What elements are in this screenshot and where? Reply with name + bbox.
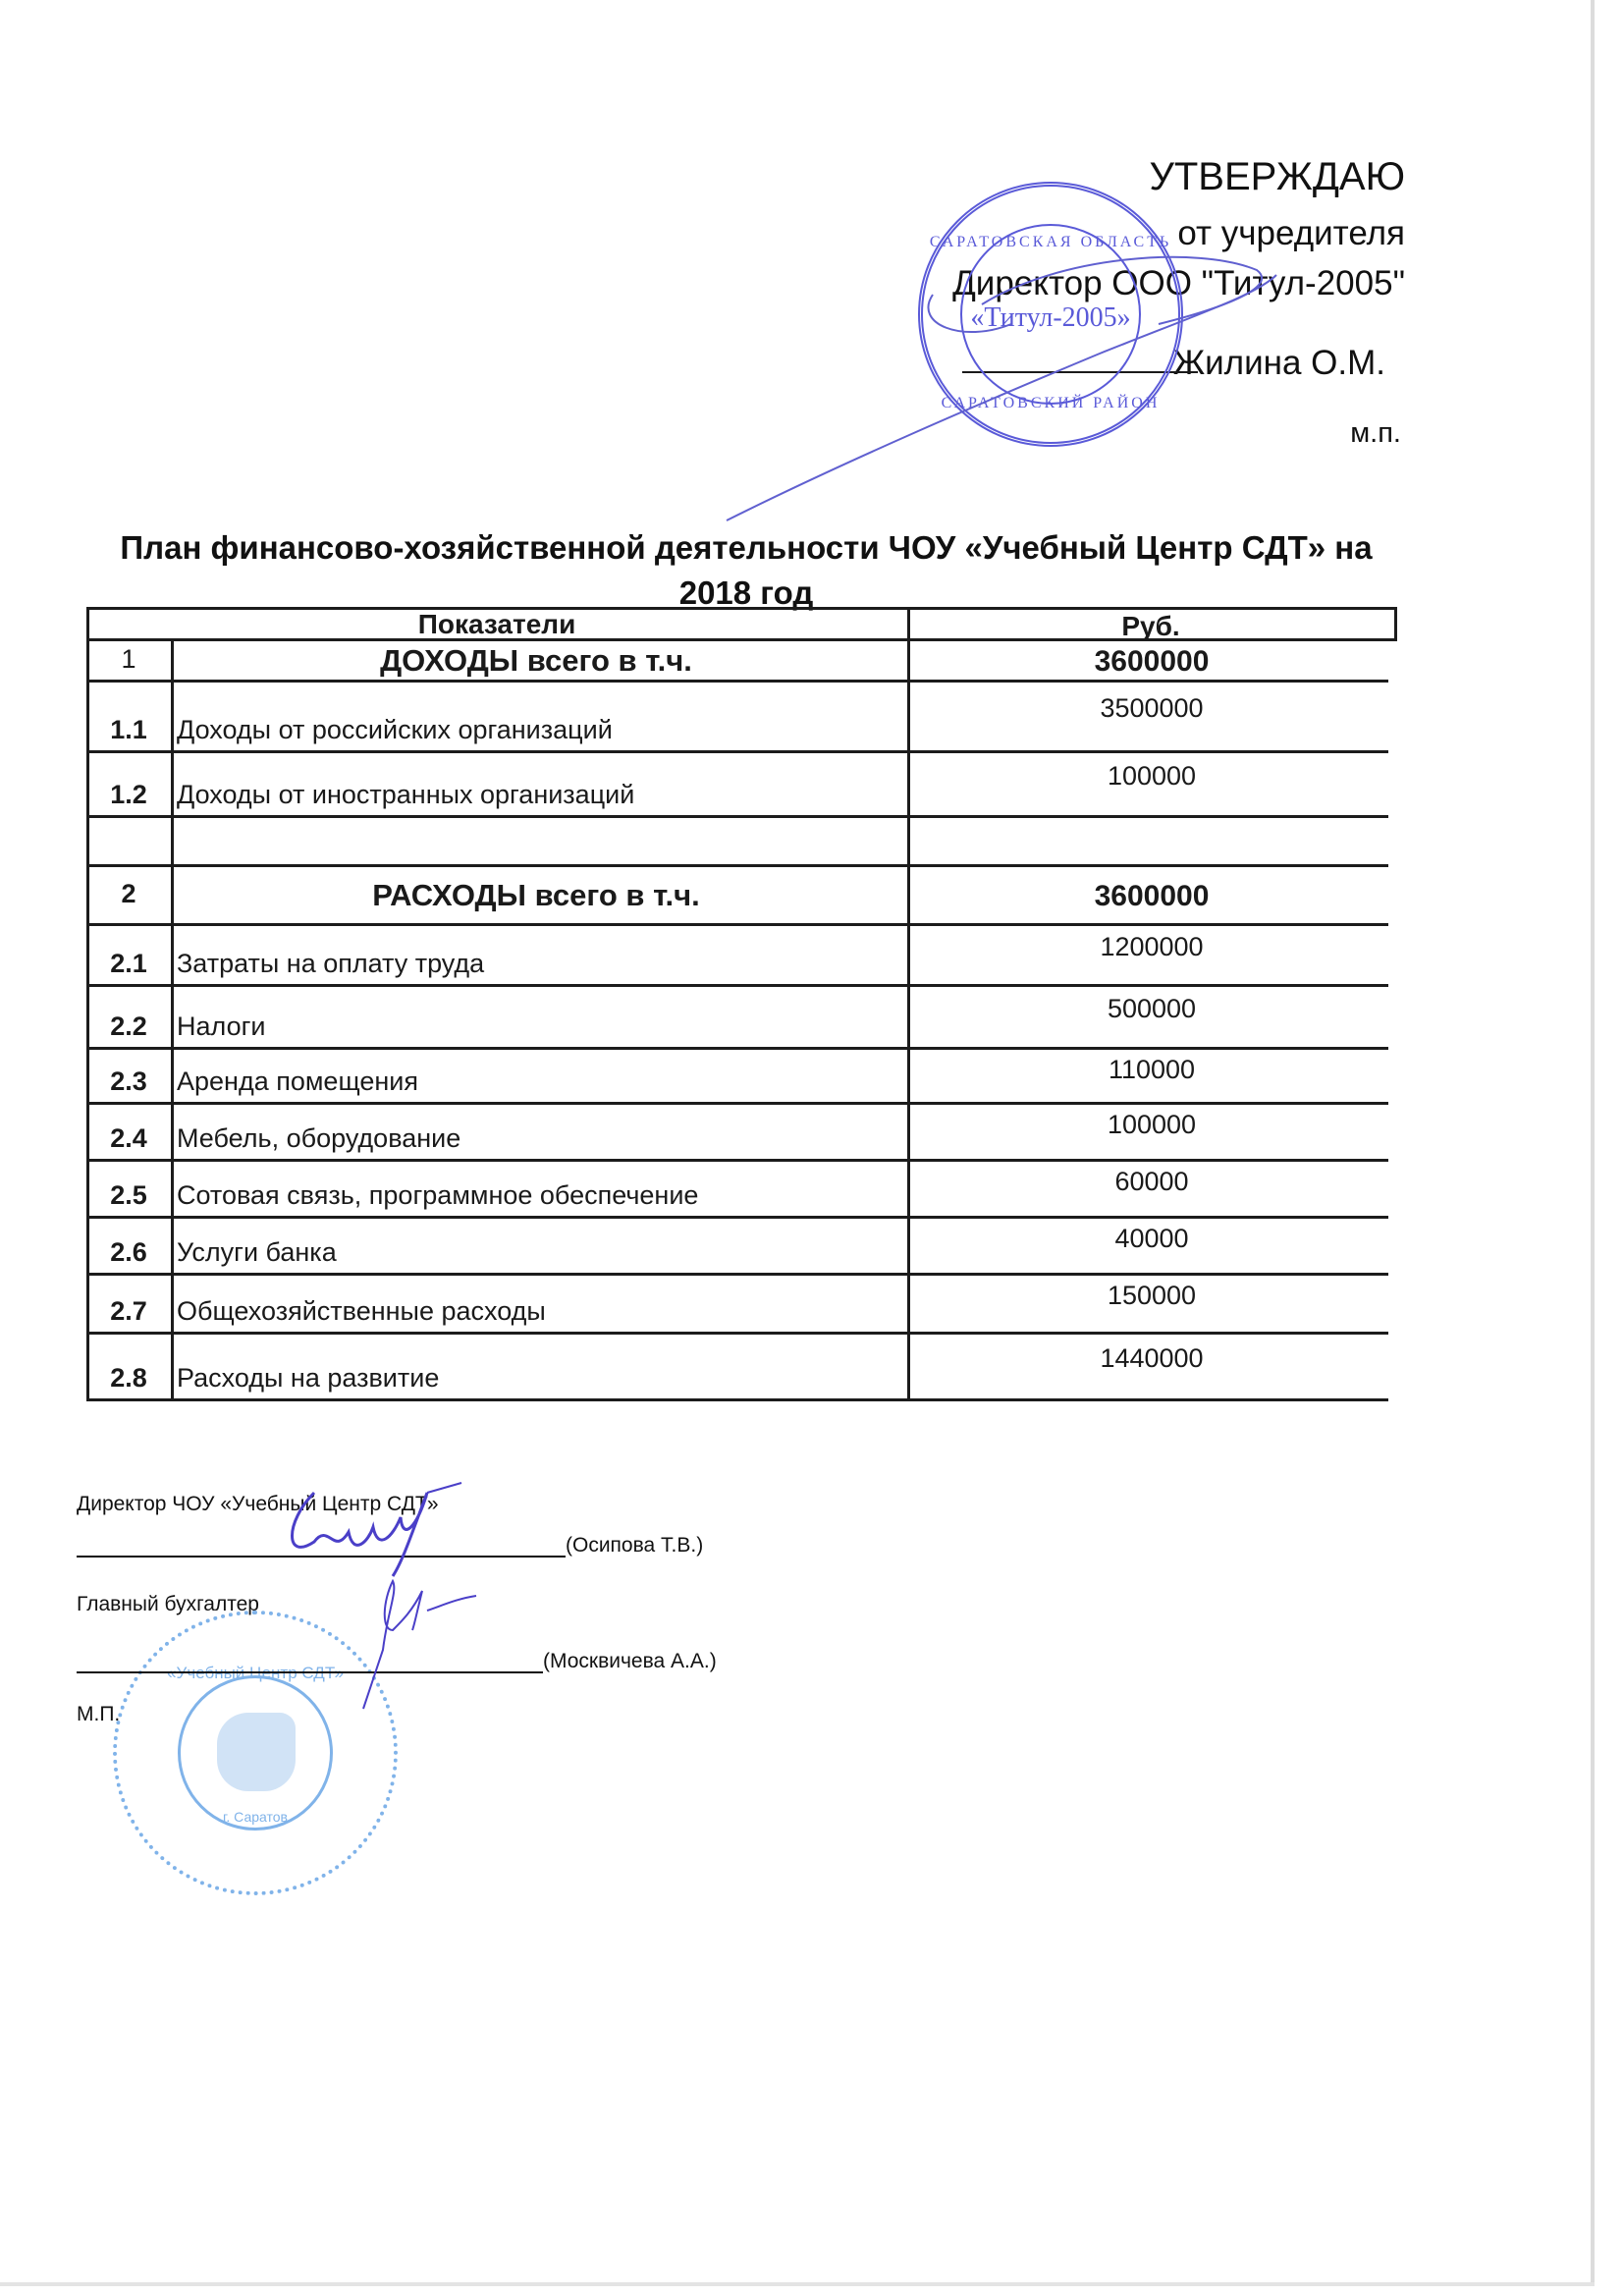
stamp-city-text: г. Саратов [117, 1809, 394, 1825]
row-label: Сотовая связь, программное обеспечение [177, 1182, 698, 1209]
row-number: 2.5 [86, 1182, 171, 1209]
row-value: 1440000 [911, 1345, 1392, 1372]
seal-mark: М.П. [77, 1703, 120, 1726]
section-label: ДОХОДЫ всего в т.ч. [171, 645, 901, 676]
row-label: Мебель, оборудование [177, 1125, 460, 1152]
section-total-value: 3600000 [911, 882, 1392, 911]
row-number: 2.2 [86, 1013, 171, 1040]
row-value: 40000 [911, 1226, 1392, 1252]
stamp-ring-text-top: САРАТОВСКАЯ ОБЛАСТЬ [923, 234, 1178, 251]
row-value: 100000 [911, 1112, 1392, 1138]
row-number: 2.1 [86, 951, 171, 977]
row-value: 150000 [911, 1283, 1392, 1309]
row-number: 2.7 [86, 1298, 171, 1325]
table-row-divider [86, 750, 1388, 753]
row-value: 100000 [911, 763, 1392, 790]
company-seal-stamp: САРАТОВСКАЯ ОБЛАСТЬ «Титул-2005» САРАТОВ… [918, 182, 1183, 447]
row-label: Доходы от российских организаций [177, 717, 613, 743]
director-signature-row: (Осипова Т.В.) [77, 1534, 703, 1558]
accountant-signature-row: (Москвичева А.А.) [77, 1650, 717, 1673]
scan-edge-right [1591, 0, 1595, 2284]
row-number: 2.8 [86, 1365, 171, 1392]
table-row-divider [86, 1047, 1388, 1050]
table-row-divider [86, 1273, 1388, 1276]
table-row-divider [86, 638, 1397, 641]
section-label: РАСХОДЫ всего в т.ч. [171, 880, 901, 910]
table-row-divider [86, 1216, 1388, 1219]
header-rub: Руб. [907, 613, 1394, 640]
row-label: Доходы от иностранных организаций [177, 782, 634, 808]
header-indicators: Показатели [86, 611, 907, 638]
stamp-center-text: «Титул-2005» [923, 302, 1178, 334]
accountant-name: (Москвичева А.А.) [543, 1650, 717, 1672]
row-number: 2.6 [86, 1239, 171, 1266]
table-row-divider [86, 1398, 1388, 1401]
row-value: 60000 [911, 1169, 1392, 1195]
director-signature-line [77, 1536, 566, 1558]
director-name: (Осипова Т.В.) [566, 1534, 703, 1557]
scan-edge-bottom [0, 2282, 1595, 2286]
section-total-value: 3600000 [911, 647, 1392, 677]
header-right-border [1394, 607, 1397, 640]
table-row-divider [86, 1159, 1388, 1162]
row-number: 1.1 [86, 717, 171, 743]
row-number: 1.2 [86, 782, 171, 808]
row-value: 500000 [911, 996, 1392, 1022]
row-label: Аренда помещения [177, 1068, 418, 1095]
table-row-divider [86, 1102, 1388, 1105]
director-title: Директор ЧОУ «Учебный Центр СДТ» [77, 1493, 439, 1516]
table-row-divider [86, 815, 1388, 818]
table-row-divider [86, 1332, 1388, 1335]
document-title: План финансово-хозяйственной деятельност… [88, 525, 1404, 616]
document-title-line1: План финансово-хозяйственной деятельност… [88, 525, 1404, 571]
table-row-divider [86, 923, 1388, 926]
row-label: Налоги [177, 1013, 266, 1040]
table-row-divider [86, 607, 1397, 610]
table-row-divider [86, 984, 1388, 987]
table-row-divider [86, 680, 1388, 683]
row-label: Расходы на развитие [177, 1365, 439, 1392]
row-value: 1200000 [911, 934, 1392, 960]
table-row-divider [86, 864, 1388, 867]
stamp-emblem-icon [217, 1713, 296, 1791]
stamp-ring-text-bottom: САРАТОВСКИЙ РАЙОН [923, 395, 1178, 412]
row-number: 2.3 [86, 1068, 171, 1095]
row-label: Затраты на оплату труда [177, 951, 484, 977]
table-col-divider-num [171, 638, 174, 1401]
row-number: 2.4 [86, 1125, 171, 1152]
row-number: 1 [86, 646, 171, 673]
row-number: 2 [86, 881, 171, 907]
director-signature [255, 1463, 511, 1581]
row-label: Услуги банка [177, 1239, 337, 1266]
accountant-title: Главный бухгалтер [77, 1593, 259, 1616]
table-col-divider-value [907, 607, 910, 1401]
row-label: Общехозяйственные расходы [177, 1298, 546, 1325]
accountant-signature-line [77, 1652, 543, 1673]
row-value: 3500000 [911, 695, 1392, 722]
row-value: 110000 [911, 1057, 1392, 1083]
